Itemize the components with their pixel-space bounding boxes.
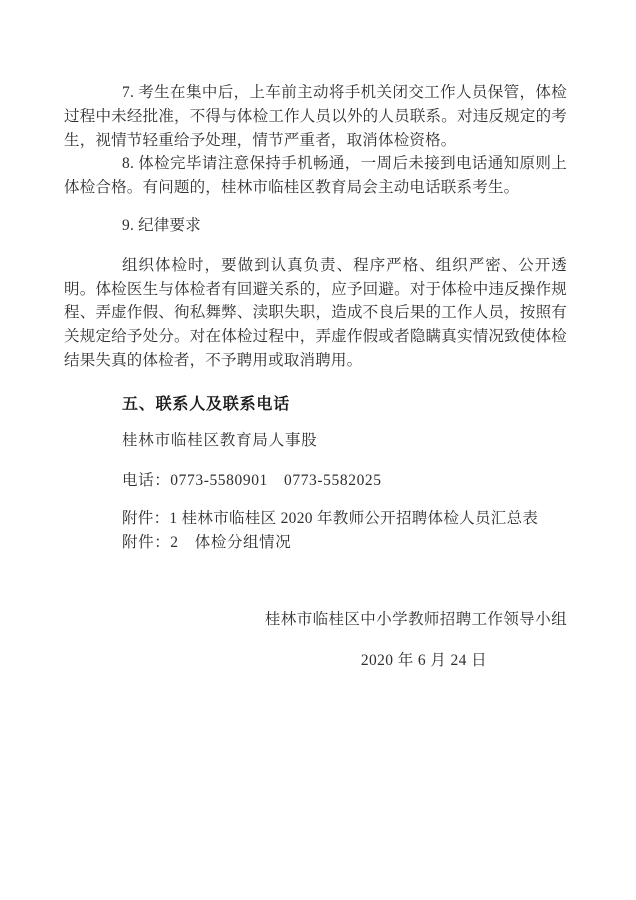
phone-numbers-line: 电话：0773-5580901 0773-5582025 (64, 469, 567, 493)
attachment-line-2: 附件：2 体检分组情况 (64, 531, 567, 555)
paragraph-item-9-heading: 9. 纪律要求 (64, 214, 567, 238)
paragraph-item-8: 8. 体检完毕请注意保持手机畅通，一周后未接到电话通知原则上体检合格。有问题的，… (64, 152, 567, 200)
section-heading-contacts: 五、联系人及联系电话 (64, 393, 567, 417)
attachment-line-1: 附件：1 桂林市临桂区 2020 年教师公开招聘体检人员汇总表 (64, 507, 567, 531)
signature-organization: 桂林市临桂区中小学教师招聘工作领导小组 (64, 608, 567, 632)
discipline-paragraph: 组织体检时，要做到认真负责、程序严格、组织严密、公开透明。体检医生与体检者有回避… (64, 254, 567, 373)
contact-department: 桂林市临桂区教育局人事股 (64, 429, 567, 453)
document-page: 7. 考生在集中后，上车前主动将手机关闭交工作人员保管，体检过程中未经批准，不得… (0, 0, 636, 900)
paragraph-item-7: 7. 考生在集中后，上车前主动将手机关闭交工作人员保管，体检过程中未经批准，不得… (64, 81, 567, 152)
signature-date: 2020 年 6 月 24 日 (64, 649, 567, 673)
